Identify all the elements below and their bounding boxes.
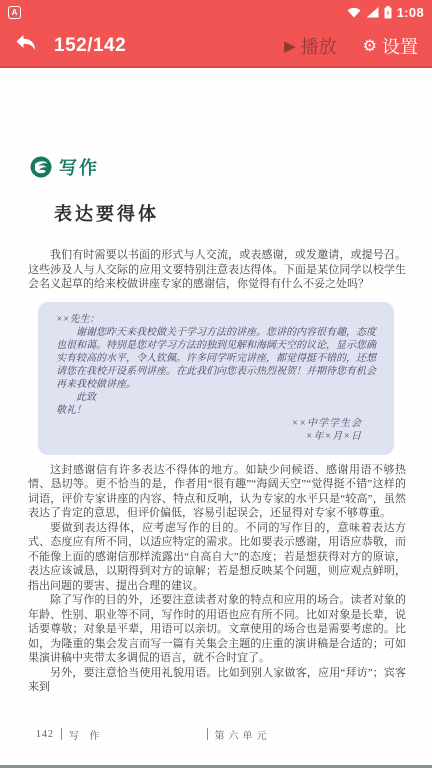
back-button[interactable] <box>14 33 38 58</box>
status-bar: A 1:08 <box>0 0 432 25</box>
letter-closing-2: 敬礼！ <box>56 404 376 417</box>
paragraph-politeness: 另外，要注意恰当使用礼貌用语。比如到别人家做客，应用“拜访”；宾客来到 <box>28 666 406 695</box>
footer-section-label: 写 作 <box>69 727 104 742</box>
letter-date: ×年×月×日 <box>56 430 376 443</box>
letter-body: 谢谢您昨天来我校做关于学习方法的讲座。您讲的内容很有趣，态度也很和蔼。特别是您对… <box>56 326 376 391</box>
battery-icon <box>384 6 392 19</box>
paragraph-purpose: 要做到表达得体，应考虑写作的目的。不同的写作目的，意味着表达方式、态度应有所不同… <box>28 521 406 594</box>
settings-button[interactable]: ⚙ 设置 <box>363 33 418 59</box>
letter-salutation: ××先生： <box>56 313 376 326</box>
clock: 1:08 <box>397 5 424 20</box>
sample-letter-box: ××先生： 谢谢您昨天来我校做关于学习方法的讲座。您讲的内容很有趣，态度也很和蔼… <box>38 302 394 455</box>
paragraph-audience: 除了写作的目的外，还要注意读者对象的特点和应用的场合。读者对象的年龄、性别、职业… <box>28 593 406 666</box>
settings-label: 设置 <box>382 33 418 59</box>
section-header: 写作 <box>30 154 406 180</box>
footer-divider <box>207 728 208 740</box>
chapter-title: 表达要得体 <box>54 200 406 226</box>
letter-signature: ××中学学生会 <box>56 417 376 430</box>
page-footer: 142 写 作 第六单元 <box>36 727 406 742</box>
play-icon: ▶ <box>284 37 296 55</box>
section-title: 写作 <box>59 154 99 180</box>
footer-unit-label: 第六单元 <box>215 727 271 742</box>
letter-closing-1: 此致 <box>56 391 376 404</box>
textbook-logo-icon <box>30 156 52 178</box>
nav-bar: 152/142 ▶ 播放 ⚙ 设置 <box>0 25 432 68</box>
reader-page[interactable]: 写作 表达要得体 我们有时需要以书面的形式与人交流，或表感谢，或发邀请，或提号召… <box>0 70 432 765</box>
footer-page-number: 142 <box>36 729 54 740</box>
app-screen: A 1:08 <box>0 0 432 768</box>
wifi-icon <box>347 7 361 18</box>
paragraph-critique: 这封感谢信有许多表达不得体的地方。如缺少问候语、感谢用语不够热情、恳切等。更不恰… <box>28 463 406 521</box>
paragraph-intro: 我们有时需要以书面的形式与人交流，或表感谢，或发邀请，或提号召。这些涉及人与人交… <box>28 248 406 292</box>
page-indicator: 152/142 <box>54 35 126 57</box>
play-label: 播放 <box>301 33 337 59</box>
play-button[interactable]: ▶ 播放 <box>284 33 337 59</box>
footer-divider <box>61 728 62 740</box>
notification-app-icon: A <box>8 6 21 19</box>
signal-icon <box>366 7 379 18</box>
gear-icon: ⚙ <box>363 36 377 56</box>
back-arrow-icon <box>14 33 38 58</box>
